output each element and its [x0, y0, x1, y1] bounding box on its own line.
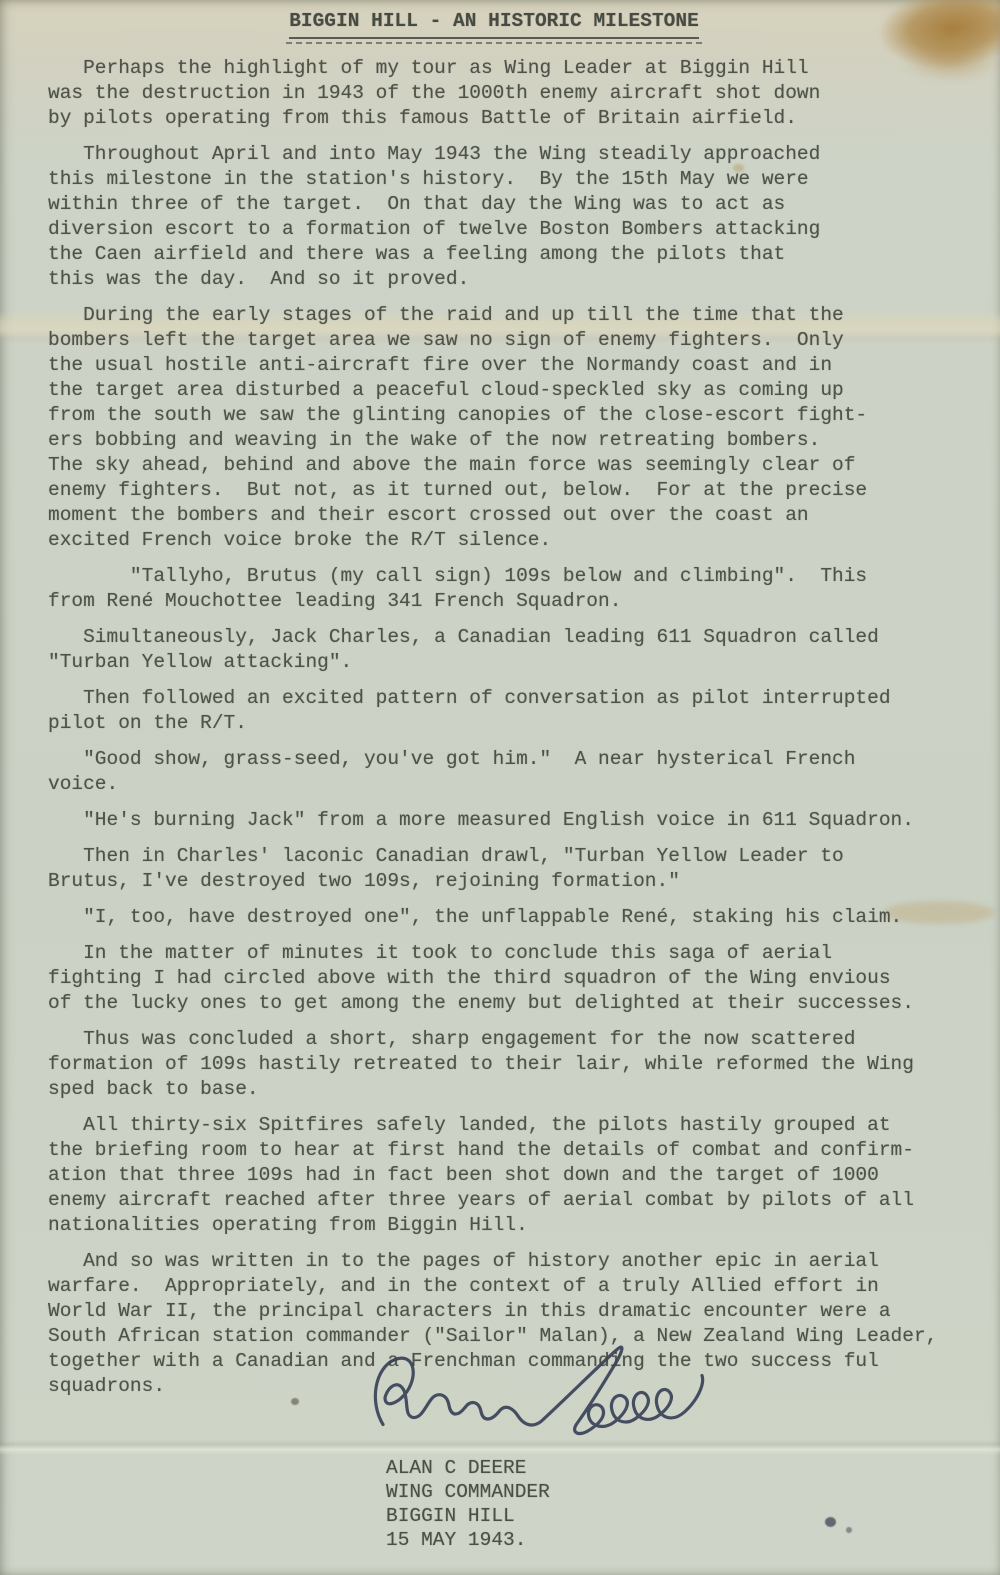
ink-blot-large — [825, 1517, 836, 1527]
paragraph: All thirty-six Spitfires safely landed, … — [48, 1113, 978, 1238]
document-body: Perhaps the highlight of my tour as Wing… — [48, 56, 978, 1410]
paragraph: Thus was concluded a short, sharp engage… — [48, 1027, 978, 1102]
paragraph: During the early stages of the raid and … — [48, 303, 978, 553]
paragraph: Simultaneously, Jack Charles, a Canadian… — [48, 625, 978, 675]
signoff-line: ALAN C DEERE — [386, 1456, 550, 1480]
letter-page: BIGGIN HILL - AN HISTORIC MILESTONE Perh… — [0, 0, 1000, 1575]
signoff-line: 15 MAY 1943. — [386, 1528, 550, 1552]
paragraph: "I, too, have destroyed one", the unflap… — [48, 905, 978, 930]
page-title-text: BIGGIN HILL - AN HISTORIC MILESTONE — [289, 10, 699, 39]
paragraph: In the matter of minutes it took to conc… — [48, 941, 978, 1016]
signature-block — [355, 1338, 720, 1456]
page-title: BIGGIN HILL - AN HISTORIC MILESTONE — [0, 10, 988, 39]
paragraph: Perhaps the highlight of my tour as Wing… — [48, 56, 978, 131]
signature-alan-deere — [355, 1338, 720, 1456]
paragraph: Throughout April and into May 1943 the W… — [48, 142, 978, 292]
paragraph: "He's burning Jack" from a more measured… — [48, 808, 978, 833]
paragraph: Then in Charles' laconic Canadian drawl,… — [48, 844, 978, 894]
signoff-block: ALAN C DEEREWING COMMANDERBIGGIN HILL15 … — [386, 1456, 550, 1552]
signoff-line: BIGGIN HILL — [386, 1504, 550, 1528]
ink-blot-small — [846, 1527, 852, 1533]
paragraph: "Tallyho, Brutus (my call sign) 109s bel… — [48, 564, 978, 614]
paragraph: Then followed an excited pattern of conv… — [48, 686, 978, 736]
signoff-line: WING COMMANDER — [386, 1480, 550, 1504]
paragraph: "Good show, grass-seed, you've got him."… — [48, 747, 978, 797]
